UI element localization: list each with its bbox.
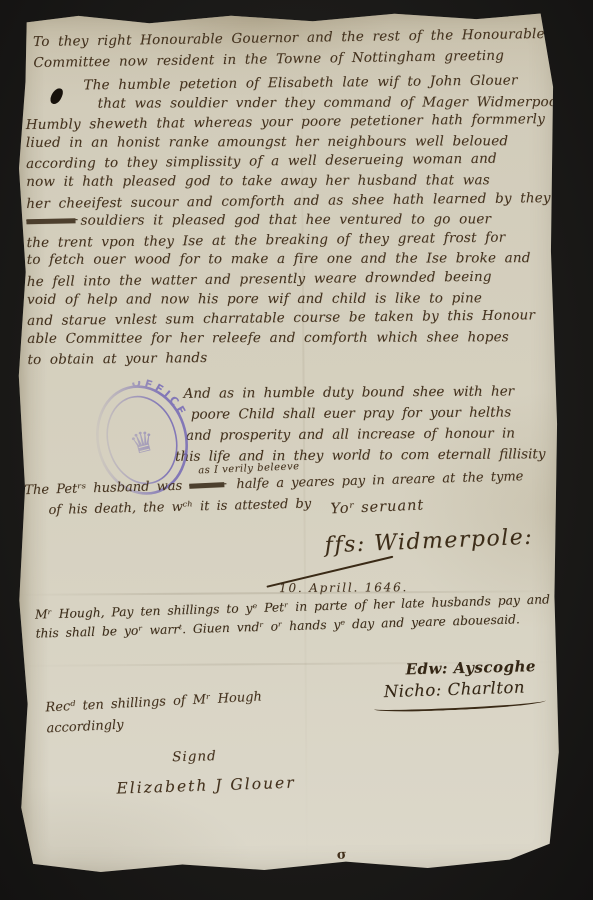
prayer-line: poore Child shall euer pray for your hel…	[191, 402, 546, 425]
signature-ayscoghe: Edw: Ayscoghe	[405, 657, 536, 678]
receipt-note: Recᵈ ten shillings of Mʳ Hough according…	[45, 686, 264, 739]
salutation: To they right Honourable Gouernor and th…	[33, 24, 545, 74]
date-line: 10. Aprill. 1646.	[279, 580, 408, 595]
signature-elizabeth-glover: Elizabeth J Glouer	[116, 774, 296, 798]
petition-body: The humble petetion of Elisabeth late wi…	[25, 72, 571, 370]
stamp-star-icon: ★	[182, 449, 190, 458]
crossed-out-word: ────────	[26, 211, 75, 232]
attestation-line: of his death, the wᶜʰ it is attested by	[48, 497, 311, 518]
petition-line-text: souldiers it pleased god that hee ventur…	[80, 211, 491, 228]
manuscript-page: To they right Honourable Gouernor and th…	[13, 9, 564, 877]
prayer-clause: And as in humble duty bound shee with he…	[184, 381, 546, 468]
payment-warrant: Mʳ Hough, Pay ten shillings to yᵉ Petʳ i…	[35, 590, 551, 642]
stamp-crown-icon: ♛	[126, 423, 159, 461]
photo-background: To they right Honourable Gouernor and th…	[0, 0, 593, 900]
prayer-line: And as in humble duty bound shee with he…	[184, 381, 546, 405]
signed-label: Signd	[172, 748, 217, 765]
prayer-line: and prosperity and all increase of honou…	[186, 423, 546, 447]
signature-widmerpole: ffs: Widmerpole:	[324, 525, 533, 559]
crossed-out-word: ──────	[189, 477, 225, 494]
archive-ink-mark: σ	[337, 848, 347, 863]
your-servant-closing: Yoʳ seruant	[330, 497, 424, 517]
